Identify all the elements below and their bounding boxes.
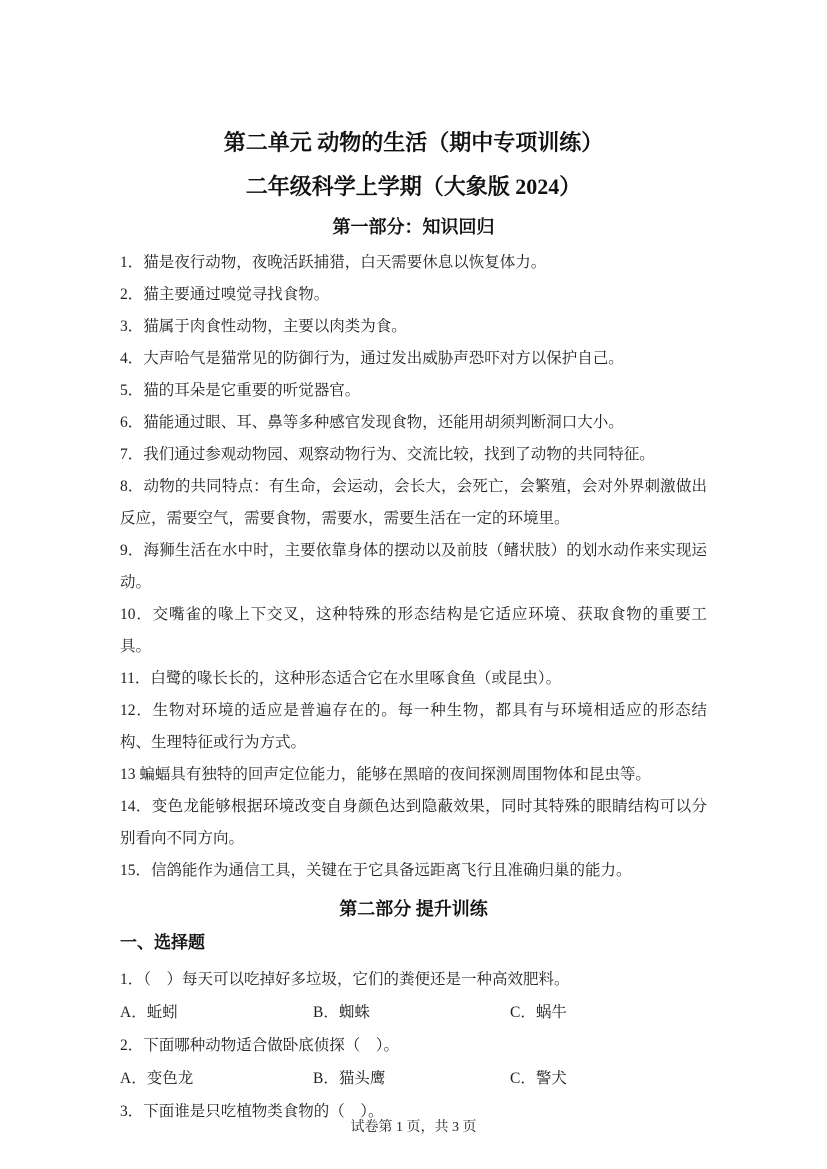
question-2-option-a: A．变色龙 [120, 1062, 313, 1095]
question-1-options: A．蚯蚓 B．蜘蛛 C．蜗牛 [120, 996, 707, 1029]
knowledge-item-11: 11．白鹭的喙长长的，这种形态适合它在水里啄食鱼（或昆虫）。 [120, 663, 707, 695]
question-1-option-c: C．蜗牛 [510, 996, 707, 1029]
document-page: 第二单元 动物的生活（期中专项训练） 二年级科学上学期（大象版 2024） 第一… [0, 0, 827, 1169]
knowledge-item-15: 15．信鸽能作为通信工具，关键在于它具备远距离飞行且准确归巢的能力。 [120, 855, 707, 887]
knowledge-item-2: 2．猫主要通过嗅觉寻找食物。 [120, 279, 707, 311]
question-2-options: A．变色龙 B．猫头鹰 C．警犬 [120, 1062, 707, 1095]
knowledge-item-9: 9．海狮生活在水中时，主要依靠身体的摆动以及前肢（鳍状肢）的划水动作来实现运动。 [120, 535, 707, 599]
question-2-option-b: B．猫头鹰 [313, 1062, 510, 1095]
question-2: 2．下面哪种动物适合做卧底侦探（ ）。 [120, 1029, 707, 1062]
knowledge-item-4: 4．大声哈气是猫常见的防御行为，通过发出威胁声恐吓对方以保护自己。 [120, 343, 707, 375]
knowledge-item-6: 6．猫能通过眼、耳、鼻等多种感官发现食物，还能用胡须判断洞口大小。 [120, 407, 707, 439]
document-title-line2: 二年级科学上学期（大象版 2024） [120, 172, 707, 202]
knowledge-item-13: 13 蝙蝠具有独特的回声定位能力，能够在黑暗的夜间探测周围物体和昆虫等。 [120, 759, 707, 791]
knowledge-item-7: 7．我们通过参观动物园、观察动物行为、交流比较，找到了动物的共同特征。 [120, 439, 707, 471]
multiple-choice-section-title: 一、选择题 [120, 930, 707, 956]
document-content: 第二单元 动物的生活（期中专项训练） 二年级科学上学期（大象版 2024） 第一… [120, 0, 707, 1128]
knowledge-item-14: 14．变色龙能够根据环境改变自身颜色达到隐蔽效果，同时其特殊的眼睛结构可以分别看… [120, 791, 707, 855]
question-2-option-c: C．警犬 [510, 1062, 707, 1095]
part1-heading: 第一部分：知识回归 [120, 214, 707, 240]
question-1: 1．（ ）每天可以吃掉好多垃圾，它们的粪便还是一种高效肥料。 [120, 963, 707, 996]
knowledge-item-8: 8．动物的共同特点：有生命，会运动，会长大，会死亡，会繁殖，会对外界刺激做出反应… [120, 471, 707, 535]
knowledge-item-5: 5．猫的耳朵是它重要的听觉器官。 [120, 375, 707, 407]
document-title-line1: 第二单元 动物的生活（期中专项训练） [120, 128, 707, 158]
question-1-option-a: A．蚯蚓 [120, 996, 313, 1029]
knowledge-review-list: 1．猫是夜行动物，夜晚活跃捕猎，白天需要休息以恢复体力。 2．猫主要通过嗅觉寻找… [120, 247, 707, 887]
knowledge-item-10: 10．交嘴雀的喙上下交叉，这种特殊的形态结构是它适应环境、获取食物的重要工具。 [120, 599, 707, 663]
part2-heading: 第二部分 提升训练 [120, 896, 707, 922]
knowledge-item-12: 12．生物对环境的适应是普遍存在的。每一种生物，都具有与环境相适应的形态结构、生… [120, 695, 707, 759]
page-footer: 试卷第 1 页，共 3 页 [0, 1118, 827, 1138]
knowledge-item-1: 1．猫是夜行动物，夜晚活跃捕猎，白天需要休息以恢复体力。 [120, 247, 707, 279]
question-1-option-b: B．蜘蛛 [313, 996, 510, 1029]
knowledge-item-3: 3．猫属于肉食性动物，主要以肉类为食。 [120, 311, 707, 343]
